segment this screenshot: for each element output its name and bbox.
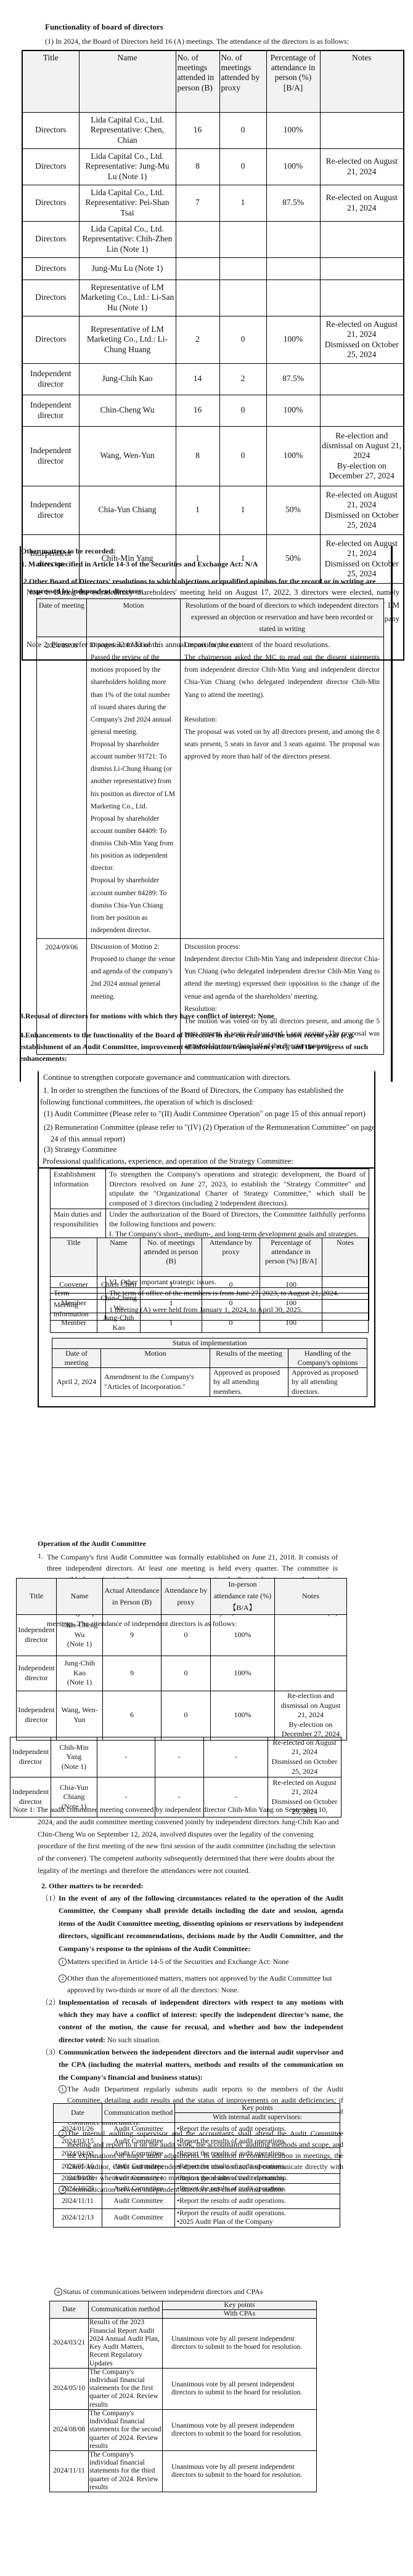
board-cell-pct: 87.5%	[266, 363, 320, 395]
cpa-row-row: 2024/08/08The Company's individual finan…	[50, 2409, 317, 2450]
board-cell-name: Lida Capital Co., Ltd. Representative: P…	[79, 185, 176, 221]
audit-cell-notes	[275, 1614, 347, 1656]
board-cell-title: Directors	[22, 221, 79, 257]
board-cell-pct: 100%	[266, 426, 320, 486]
committee-remuneration: (2) Remuneration Committee (please refer…	[44, 1122, 377, 1145]
resolution-label: Resolution:	[184, 714, 380, 726]
att-row: MemberChin-Cheng Wu10100	[51, 1294, 369, 1313]
board-row: DirectorsLida Capital Co., Ltd. Represen…	[22, 185, 404, 221]
committee-strategy: (3) Strategy Committee	[44, 1145, 117, 1154]
ia-row-cell-points: •Report the results of audit operations.	[175, 2135, 340, 2147]
audit-header-3: Attendance by proxy	[162, 1579, 211, 1615]
att-cell-name: Chin-Cheng Wu	[97, 1294, 141, 1313]
board-cell-title: Independent director	[22, 426, 79, 486]
cpa-row-row: 2024/05/10The Company's individual finan…	[50, 2368, 317, 2409]
audit-item-2-answer: No such situation.	[105, 2035, 161, 2044]
ia-row-row: 2024/01/26Audit Committee•Report the res…	[54, 2122, 340, 2135]
board-cell-inperson: 16	[176, 112, 219, 148]
cpa-row-cell-points: Unanimous vote by all present independen…	[163, 2368, 317, 2409]
ia-row-row: 2024/05/10Audit Committee•Report the res…	[54, 2159, 340, 2173]
board-header-3: No. of meetings attended by proxy	[219, 50, 266, 112]
board-row: DirectorsRepresentative of LM Marketing …	[22, 316, 404, 363]
resolution-row: 2024/09/06Discussion of Motion 1: Passed…	[37, 637, 384, 939]
att-cell-title: Convener	[51, 1277, 97, 1294]
board-cell-name: Chia-Yun Chiang	[79, 486, 176, 534]
audit-cell-title: Independent director	[17, 1656, 57, 1691]
other-item-4: 4.Enhancements to the functionality of t…	[20, 1029, 383, 1065]
board-row: DirectorsRepresentative of LM Marketing …	[22, 280, 404, 316]
cpa-header-sub: With CPAs	[163, 2310, 317, 2319]
board-row: DirectorsJung-Mu Lu (Note 1)	[22, 257, 404, 280]
board-row: Independent directorChin-Cheng Wu160100%	[22, 395, 404, 426]
status-table-title: Status of implementation	[52, 1338, 367, 1349]
audit-cell-notes	[275, 1656, 347, 1691]
ia-row-cell-points: •Report the results of audit operations.	[175, 2159, 340, 2173]
res-header-2: Resolutions of the board of directors to…	[181, 599, 384, 637]
board-cell-notes: Re-elected on August 21, 2024 Dismissed …	[320, 316, 404, 363]
board-cell-inperson: 14	[176, 363, 219, 395]
board-header-1: Name	[79, 50, 176, 112]
board-cell-proxy: 2	[219, 363, 266, 395]
ia-row-cell-date: 2024/01/26	[54, 2122, 102, 2135]
audit-header-4: In-person attendance rate (%) 【B/A】	[211, 1579, 275, 1615]
discussion-process: The chairperson asked the MC to read out…	[184, 651, 380, 701]
audit-cell-proxy: 0	[162, 1691, 211, 1740]
ia-row-cell-date: 2024/12/13	[54, 2208, 102, 2227]
board-cell-name: Lida Capital Co., Ltd. Representative: C…	[79, 112, 176, 148]
audit-section-title: Operation of the Audit Committee	[38, 1539, 146, 1548]
ia-row-cell-method: Audit Committee	[102, 2159, 175, 2173]
att-header-0: Title	[51, 1238, 97, 1277]
board-cell-notes	[320, 257, 404, 280]
audit-item-2: Implementation of recusals of independen…	[59, 1998, 343, 2044]
ia-row-cell-points: •Report the results of audit operations.	[175, 2122, 340, 2135]
audit-cell-inperson: -	[97, 1737, 155, 1777]
cpa-row-cell-method: The Company's individual financial state…	[89, 2409, 163, 2450]
board-cell-name: Wang, Wen-Yun	[79, 426, 176, 486]
strategy-info-row: Establishment informationTo strengthen t…	[51, 1169, 369, 1209]
board-row: DirectorsLida Capital Co., Ltd. Represen…	[22, 148, 404, 185]
audit-other-heading: 2. Other matters to be recorded:	[41, 1882, 144, 1890]
audit-item-1b: Other than the aforementioned matters, m…	[67, 1974, 332, 1994]
att-cell-pct: 100	[260, 1313, 322, 1333]
audit-cell-pct: -	[204, 1737, 268, 1777]
att-cell-proxy: 0	[202, 1313, 260, 1333]
audit-row: Independent directorWang, Wen-Yun60100%R…	[17, 1691, 347, 1740]
board-cell-title: Directors	[22, 257, 79, 280]
audit-header-1: Name	[57, 1579, 103, 1615]
att-header-5: Notes	[322, 1238, 369, 1277]
resolutions-table: Date of meetingMotionResolutions of the …	[36, 598, 384, 1055]
board-cell-title: Directors	[22, 112, 79, 148]
board-intro: (1) In 2024, the Board of Directors held…	[45, 37, 349, 46]
board-cell-inperson: 16	[176, 395, 219, 426]
ia-row-row: 2024/04/02Audit Committee•Report the res…	[54, 2147, 340, 2159]
audit-cell-notes: Re-elected on August 21, 2024 Dismissed …	[268, 1737, 341, 1777]
att-cell-notes	[322, 1277, 369, 1294]
att-cell-notes	[322, 1294, 369, 1313]
board-section-title: Functionality of board of directors	[45, 22, 163, 32]
board-cell-name: Jung-Mu Lu (Note 1)	[79, 257, 176, 280]
board-cell-pct: 100%	[266, 148, 320, 185]
board-cell-name: Representative of LM Marketing Co., Ltd.…	[79, 316, 176, 363]
audit-cell-notes: Re-election and dismissal on August 21, …	[275, 1691, 347, 1740]
ia-header-key-points: Key points	[175, 2104, 340, 2113]
enhance-line-0: Continue to strengthen corporate governa…	[43, 1073, 291, 1082]
status-result: Approved as proposed by all attending me…	[210, 1367, 288, 1397]
cpa-row-cell-method: The Company's individual financial state…	[89, 2450, 163, 2492]
att-header-4: Percentage of attendance in person (%) […	[260, 1238, 322, 1277]
resolution-motion: Discussion of Motion 1: Passed the revie…	[87, 637, 181, 939]
board-cell-name: Lida Capital Co., Ltd. Representative: J…	[79, 148, 176, 185]
audit-item-1: In the event of any of the following cir…	[59, 1892, 343, 1955]
other-item-3: 3.Recusal of directors for motions with …	[20, 1012, 274, 1020]
ia-row-cell-method: Audit Committee	[102, 2194, 175, 2208]
resolution-text: The proposal was voted on by all directo…	[184, 726, 380, 763]
ia-row-cell-method: Audit Committee	[102, 2208, 175, 2227]
other-matters-heading: Other matters to be recorded:	[21, 547, 116, 555]
audit-cell-proxy: 0	[162, 1614, 211, 1656]
cpa-row-cell-points: Unanimous vote by all present independen…	[163, 2409, 317, 2450]
audit-cell-proxy: 0	[162, 1656, 211, 1691]
att-cell-proxy: 0	[202, 1294, 260, 1313]
audit-cell-title: Independent director	[17, 1691, 57, 1740]
att-cell-name: Chien Chen	[97, 1277, 141, 1294]
audit-header-5: Notes	[275, 1579, 347, 1615]
board-cell-inperson: 8	[176, 426, 219, 486]
att-cell-inperson: 1	[141, 1294, 202, 1313]
audit-item-3: Communication between the independent di…	[59, 2046, 343, 2083]
ia-row-cell-method: Audit Committee	[102, 2122, 175, 2135]
board-cell-name: Chin-Cheng Wu	[79, 395, 176, 426]
cpa-row-cell-method: The Company's individual financial state…	[89, 2368, 163, 2409]
ia-row-cell-points: •Report the results of audit operations.	[175, 2183, 340, 2194]
board-cell-proxy: 0	[219, 112, 266, 148]
ia-row-row: 2024/10/29Audit Committee•Report the res…	[54, 2183, 340, 2194]
audit-p1-number: 1.	[38, 1552, 43, 1560]
audit-cell-pct: 100%	[211, 1614, 275, 1656]
ia-row-cell-date: 2024/08/08	[54, 2173, 102, 2183]
att-cell-title: Member	[51, 1313, 97, 1333]
board-cell-notes: Re-election and dismissal on August 21, …	[320, 426, 404, 486]
board-cell-title: Directors	[22, 316, 79, 363]
board-row: Independent directorWang, Wen-Yun80100%R…	[22, 426, 404, 486]
committee-audit: (1) Audit Committee (Please refer to "(I…	[44, 1109, 366, 1119]
info-label: Establishment information	[51, 1169, 106, 1209]
resolution-detail: Discussion process:The chairperson asked…	[181, 637, 384, 939]
board-row: DirectorsLida Capital Co., Ltd. Represen…	[22, 112, 404, 148]
board-cell-pct	[266, 221, 320, 257]
board-cell-notes	[320, 112, 404, 148]
audit-cell-inperson: 9	[103, 1656, 162, 1691]
audit-cell-pct: 100%	[211, 1656, 275, 1691]
audit-cell-name: Jung-Chih Kao (Note 1)	[57, 1656, 103, 1691]
audit-cell-name: Chih-Min Yang (Note 1)	[51, 1737, 97, 1777]
board-cell-inperson: 7	[176, 185, 219, 221]
status-header-2: Results of the meeting	[210, 1348, 288, 1367]
att-cell-notes	[322, 1313, 369, 1333]
cpa-row-row: 2024/11/11The Company's individual finan…	[50, 2450, 317, 2492]
cpa-row-cell-points: Unanimous vote by all present independen…	[163, 2450, 317, 2492]
cpa-header-method: Communication method	[89, 2301, 163, 2319]
audit-attendance-table: TitleNameActual Attendance in Person (B)…	[16, 1578, 347, 1741]
board-cell-title: Directors	[22, 148, 79, 185]
att-header-3: Attendance by proxy	[202, 1238, 260, 1277]
ia-row-cell-points: •Report the results of audit operations.	[175, 2173, 340, 2183]
board-header-0: Title	[22, 50, 79, 112]
status-header-1: Motion	[101, 1348, 210, 1367]
board-cell-inperson	[176, 257, 219, 280]
audit-cell-title: Independent director	[10, 1737, 51, 1777]
cpa-row-cell-method: Results of the 2023 Financial Report Aud…	[89, 2319, 163, 2368]
audit-note-1: Note 1: The audit committee meeting conv…	[13, 1804, 341, 1877]
board-cell-proxy: 0	[219, 426, 266, 486]
discussion-process-label: Discussion process:	[184, 941, 380, 953]
audit-cell-name: Chin-Cheng Wu (Note 1)	[57, 1614, 103, 1656]
discussion-process-label: Discussion process:	[184, 639, 380, 651]
status-date: April 2, 2024	[52, 1367, 101, 1397]
board-cell-pct: 100%	[266, 316, 320, 363]
ia-row-cell-points: •Report the results of audit operations.…	[175, 2208, 340, 2227]
audit-item-1a: Matters specified in Article 14-5 of the…	[67, 1957, 289, 1966]
ia-header-sub: With internal audit supervisors:	[175, 2113, 340, 2122]
board-cell-notes: Re-elected on August 21, 2024 Dismissed …	[320, 486, 404, 534]
att-row: MemberJung-Chih Kao10100	[51, 1313, 369, 1333]
info-value: To strengthen the Company's operations a…	[106, 1169, 369, 1209]
audit-row: Independent directorChih-Min Yang (Note …	[10, 1737, 341, 1777]
att-row: ConvenerChien Chen10100	[51, 1277, 369, 1294]
board-row: Independent directorJung-Chih Kao14287.5…	[22, 363, 404, 395]
board-cell-notes: Re-elected on August 21, 2024	[320, 185, 404, 221]
ia-row-cell-date: 2024/05/10	[54, 2159, 102, 2173]
board-cell-proxy: 1	[219, 185, 266, 221]
board-cell-inperson: 8	[176, 148, 219, 185]
ia-row-cell-method: Audit Committee	[102, 2135, 175, 2147]
ia-row-cell-date: 2024/04/02	[54, 2147, 102, 2159]
board-cell-notes: Re-elected on August 21, 2024	[320, 148, 404, 185]
board-row: DirectorsLida Capital Co., Ltd. Represen…	[22, 221, 404, 257]
board-cell-proxy: 1	[219, 486, 266, 534]
board-cell-title: Independent director	[22, 395, 79, 426]
ia-row-cell-date: 2024/11/11	[54, 2194, 102, 2208]
board-row: Independent directorChia-Yun Chiang1150%…	[22, 486, 404, 534]
ia-row-row: 2024/12/13Audit Committee•Report the res…	[54, 2208, 340, 2227]
board-cell-proxy: 0	[219, 316, 266, 363]
board-cell-title: Directors	[22, 280, 79, 316]
audit-row: Independent directorJung-Chih Kao (Note …	[17, 1656, 347, 1691]
board-cell-inperson: 2	[176, 316, 219, 363]
board-header-4: Percentage of attendance in person (%) […	[266, 50, 320, 112]
res-header-1: Motion	[87, 599, 181, 637]
board-cell-proxy	[219, 280, 266, 316]
cpa-header-key-points: Key points	[163, 2301, 317, 2310]
att-cell-pct: 100	[260, 1294, 322, 1313]
att-cell-name: Jung-Chih Kao	[97, 1313, 141, 1333]
audit-header-2: Actual Attendance in Person (B)	[103, 1579, 162, 1615]
cpa-header-date: Date	[50, 2301, 89, 2319]
status-handling: Approved as proposed by all attending di…	[288, 1367, 367, 1397]
ia-row-cell-method: Audit Committee	[102, 2147, 175, 2159]
cpa-title: 4Status of communications between indepe…	[54, 2287, 263, 2296]
att-cell-inperson: 1	[141, 1277, 202, 1294]
board-cell-proxy	[219, 257, 266, 280]
cpa-row-cell-date: 2024/05/10	[50, 2368, 89, 2409]
board-cell-name: Lida Capital Co., Ltd. Representative: C…	[79, 221, 176, 257]
board-cell-pct: 87.5%	[266, 185, 320, 221]
other-item-1: 1. Matters specified in Article 14-3 of …	[21, 560, 258, 568]
board-header-2: No. of meetings attended in person (B)	[176, 50, 219, 112]
board-cell-notes	[320, 280, 404, 316]
att-cell-title: Member	[51, 1294, 97, 1313]
other-item-2: 2.Other Board of Directors' resolutions …	[23, 577, 387, 596]
board-cell-title: Independent director	[22, 363, 79, 395]
discussion-process: Independent director Chih-Min Yang and i…	[184, 953, 380, 1003]
ia-row-row: 2024/03/15Audit Committee•Report the res…	[54, 2135, 340, 2147]
board-cell-inperson	[176, 280, 219, 316]
enhance-line-1: 1. In order to strengthen the functions …	[40, 1085, 370, 1108]
att-header-2: No. of meetings attended in person (B)	[141, 1238, 202, 1277]
audit-header-0: Title	[17, 1579, 57, 1615]
board-cell-pct: 100%	[266, 112, 320, 148]
cpa-communication-table: Date Communication method Key points Wit…	[49, 2301, 317, 2492]
ia-header-method: Communication method	[102, 2104, 175, 2123]
status-header-0: Date of meeting	[52, 1348, 101, 1367]
audit-cell-pct: 100%	[211, 1691, 275, 1740]
ia-row-cell-points: •Report the results of audit operations.	[175, 2147, 340, 2159]
board-cell-proxy: 0	[219, 148, 266, 185]
board-cell-notes	[320, 395, 404, 426]
audit-cell-name: Wang, Wen-Yun	[57, 1691, 103, 1740]
audit-cell-title: Independent director	[17, 1614, 57, 1656]
att-cell-pct: 100	[260, 1277, 322, 1294]
res-header-0: Date of meeting	[37, 599, 87, 637]
ia-row-row: 2024/11/11Audit Committee•Report the res…	[54, 2194, 340, 2208]
board-cell-title: Directors	[22, 185, 79, 221]
audit-cell-inperson: 9	[103, 1614, 162, 1656]
ia-row-cell-method: Audit Committee	[102, 2173, 175, 2183]
board-header-5: Notes	[320, 50, 404, 112]
board-cell-title: Independent director	[22, 486, 79, 534]
att-cell-inperson: 1	[141, 1313, 202, 1333]
status-header-3: Handling of the Company's opinions	[288, 1348, 367, 1367]
status-motion: Amendment to the Company's "Articles of …	[101, 1367, 210, 1397]
status-row: April 2, 2024Amendment to the Company's …	[52, 1367, 367, 1397]
cpa-row-cell-date: 2024/11/11	[50, 2450, 89, 2492]
cpa-row-cell-date: 2024/03/21	[50, 2319, 89, 2368]
internal-audit-communication-table: Date Communication method Key points Wit…	[53, 2103, 340, 2228]
cpa-row-cell-points: Unanimous vote by all present independen…	[163, 2319, 317, 2368]
audit-row: Independent directorChin-Cheng Wu (Note …	[17, 1614, 347, 1656]
board-cell-pct: 50%	[266, 486, 320, 534]
board-cell-notes	[320, 221, 404, 257]
board-cell-pct	[266, 280, 320, 316]
ia-header-date: Date	[54, 2104, 102, 2123]
board-cell-proxy	[219, 221, 266, 257]
board-cell-pct: 100%	[266, 395, 320, 426]
board-cell-proxy: 0	[219, 395, 266, 426]
ia-row-cell-date: 2024/03/15	[54, 2135, 102, 2147]
att-header-1: Name	[97, 1238, 141, 1277]
ia-row-cell-points: •Report the results of audit operations.	[175, 2194, 340, 2208]
ia-row-cell-method: Audit Committee	[102, 2183, 175, 2194]
strategy-attendance-table: TitleNameNo. of meetings attended in per…	[50, 1238, 369, 1333]
ia-row-cell-date: 2024/10/29	[54, 2183, 102, 2194]
cpa-row-cell-date: 2024/08/08	[50, 2409, 89, 2450]
board-cell-name: Jung-Chih Kao	[79, 363, 176, 395]
cpa-row-row: 2024/03/21Results of the 2023 Financial …	[50, 2319, 317, 2368]
board-cell-pct	[266, 257, 320, 280]
board-cell-notes	[320, 363, 404, 395]
board-cell-inperson	[176, 221, 219, 257]
att-cell-proxy: 0	[202, 1277, 260, 1294]
strategy-status-table: Status of implementation Date of meeting…	[52, 1338, 367, 1397]
audit-cell-proxy: -	[155, 1737, 204, 1777]
audit-cell-inperson: 6	[103, 1691, 162, 1740]
resolution-date: 2024/09/06	[37, 637, 87, 939]
board-cell-inperson: 1	[176, 486, 219, 534]
strategy-qualifications-label: Professional qualifications, experience,…	[43, 1157, 293, 1166]
ia-row-row: 2024/08/08Audit Committee•Report the res…	[54, 2173, 340, 2183]
board-cell-name: Representative of LM Marketing Co., Ltd.…	[79, 280, 176, 316]
